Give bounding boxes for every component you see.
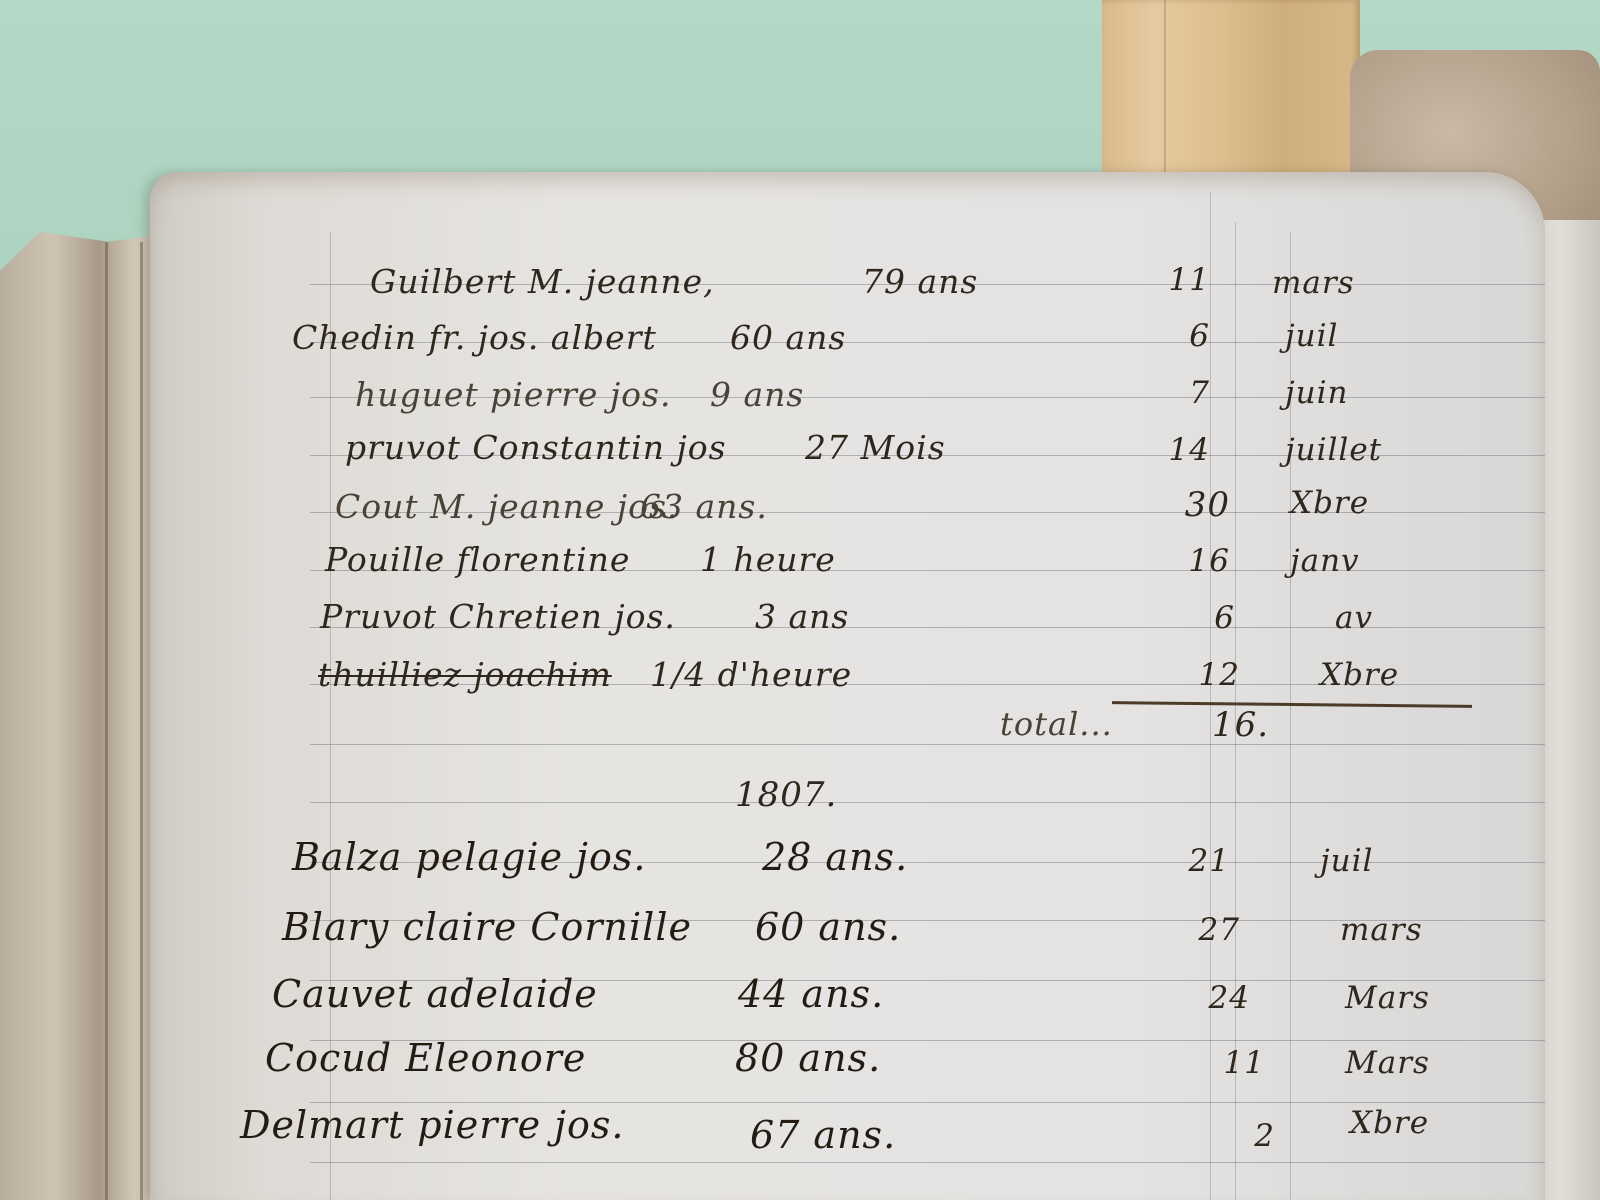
ruling-line <box>310 802 1545 803</box>
entry-month: Xbre <box>1290 485 1369 521</box>
entry-month: juin <box>1285 375 1348 411</box>
entry-day: 6 <box>1155 600 1235 636</box>
entry-day: 14 <box>1130 432 1210 468</box>
entry-day: 11 <box>1185 1045 1265 1081</box>
entry-month: Mars <box>1345 1045 1430 1081</box>
ruling-line <box>310 744 1545 745</box>
entry-day: 27 <box>1160 912 1240 948</box>
entry-name: Balza pelagie jos. <box>292 835 646 879</box>
entry-month: juil <box>1320 843 1373 879</box>
entry-name: pruvot Constantin jos <box>345 428 727 467</box>
entry-age: 44 ans. <box>738 972 884 1016</box>
entry-name: Guilbert M. jeanne, <box>370 262 715 301</box>
entry-day: 24 <box>1170 980 1250 1016</box>
entry-age: 79 ans <box>862 262 978 301</box>
entry-age: 80 ans. <box>735 1036 881 1080</box>
entry-name: Cocud Eleonore <box>265 1036 586 1080</box>
entry-day: 21 <box>1150 843 1230 879</box>
entry-month: juillet <box>1285 432 1382 468</box>
entry-day: 2 <box>1195 1118 1275 1154</box>
entry-age: 1 heure <box>700 540 836 579</box>
entry-day: 6 <box>1130 318 1210 354</box>
entry-month: mars <box>1340 912 1423 948</box>
entry-age: 28 ans. <box>762 835 908 879</box>
entry-age: 63 ans. <box>640 487 768 526</box>
entry-month: juil <box>1285 318 1338 354</box>
entry-day: 7 <box>1130 375 1210 411</box>
entry-name: thuilliez joachim <box>318 655 612 694</box>
entry-name: Delmart pierre jos. <box>240 1103 624 1147</box>
ruling-line <box>310 1162 1545 1163</box>
entry-age: 9 ans <box>710 375 804 414</box>
entry-age: 27 Mois <box>805 428 946 467</box>
entry-age: 60 ans. <box>755 905 901 949</box>
entry-month: Mars <box>1345 980 1430 1016</box>
entry-day: 30 <box>1150 485 1230 525</box>
total-value: 16. <box>1212 705 1269 745</box>
entry-age: 60 ans <box>730 318 846 357</box>
entry-name: Blary claire Cornille <box>282 905 692 949</box>
total-label: total... <box>1000 705 1113 743</box>
wooden-book-support <box>1102 0 1360 180</box>
entry-name: Pouille florentine <box>325 540 630 579</box>
entry-month: mars <box>1272 265 1355 301</box>
entry-age: 67 ans. <box>750 1113 896 1157</box>
entry-month: Xbre <box>1320 657 1399 693</box>
entry-month: Xbre <box>1350 1105 1429 1141</box>
entry-name: huguet pierre jos. <box>355 375 671 414</box>
entry-month: av <box>1335 600 1373 636</box>
entry-age: 3 ans <box>755 597 849 636</box>
entry-day: 16 <box>1150 543 1230 579</box>
entry-name: Cout M. jeanne jos. <box>335 487 678 526</box>
entry-day: 12 <box>1160 657 1240 693</box>
entry-name: Pruvot Chretien jos. <box>320 597 676 636</box>
entry-month: janv <box>1290 543 1360 579</box>
year-heading: 1807. <box>735 775 837 815</box>
entry-name: Cauvet adelaide <box>272 972 598 1016</box>
entry-day: 11 <box>1130 262 1210 298</box>
entry-age: 1/4 d'heure <box>650 655 852 694</box>
entry-name: Chedin fr. jos. albert <box>292 318 657 357</box>
